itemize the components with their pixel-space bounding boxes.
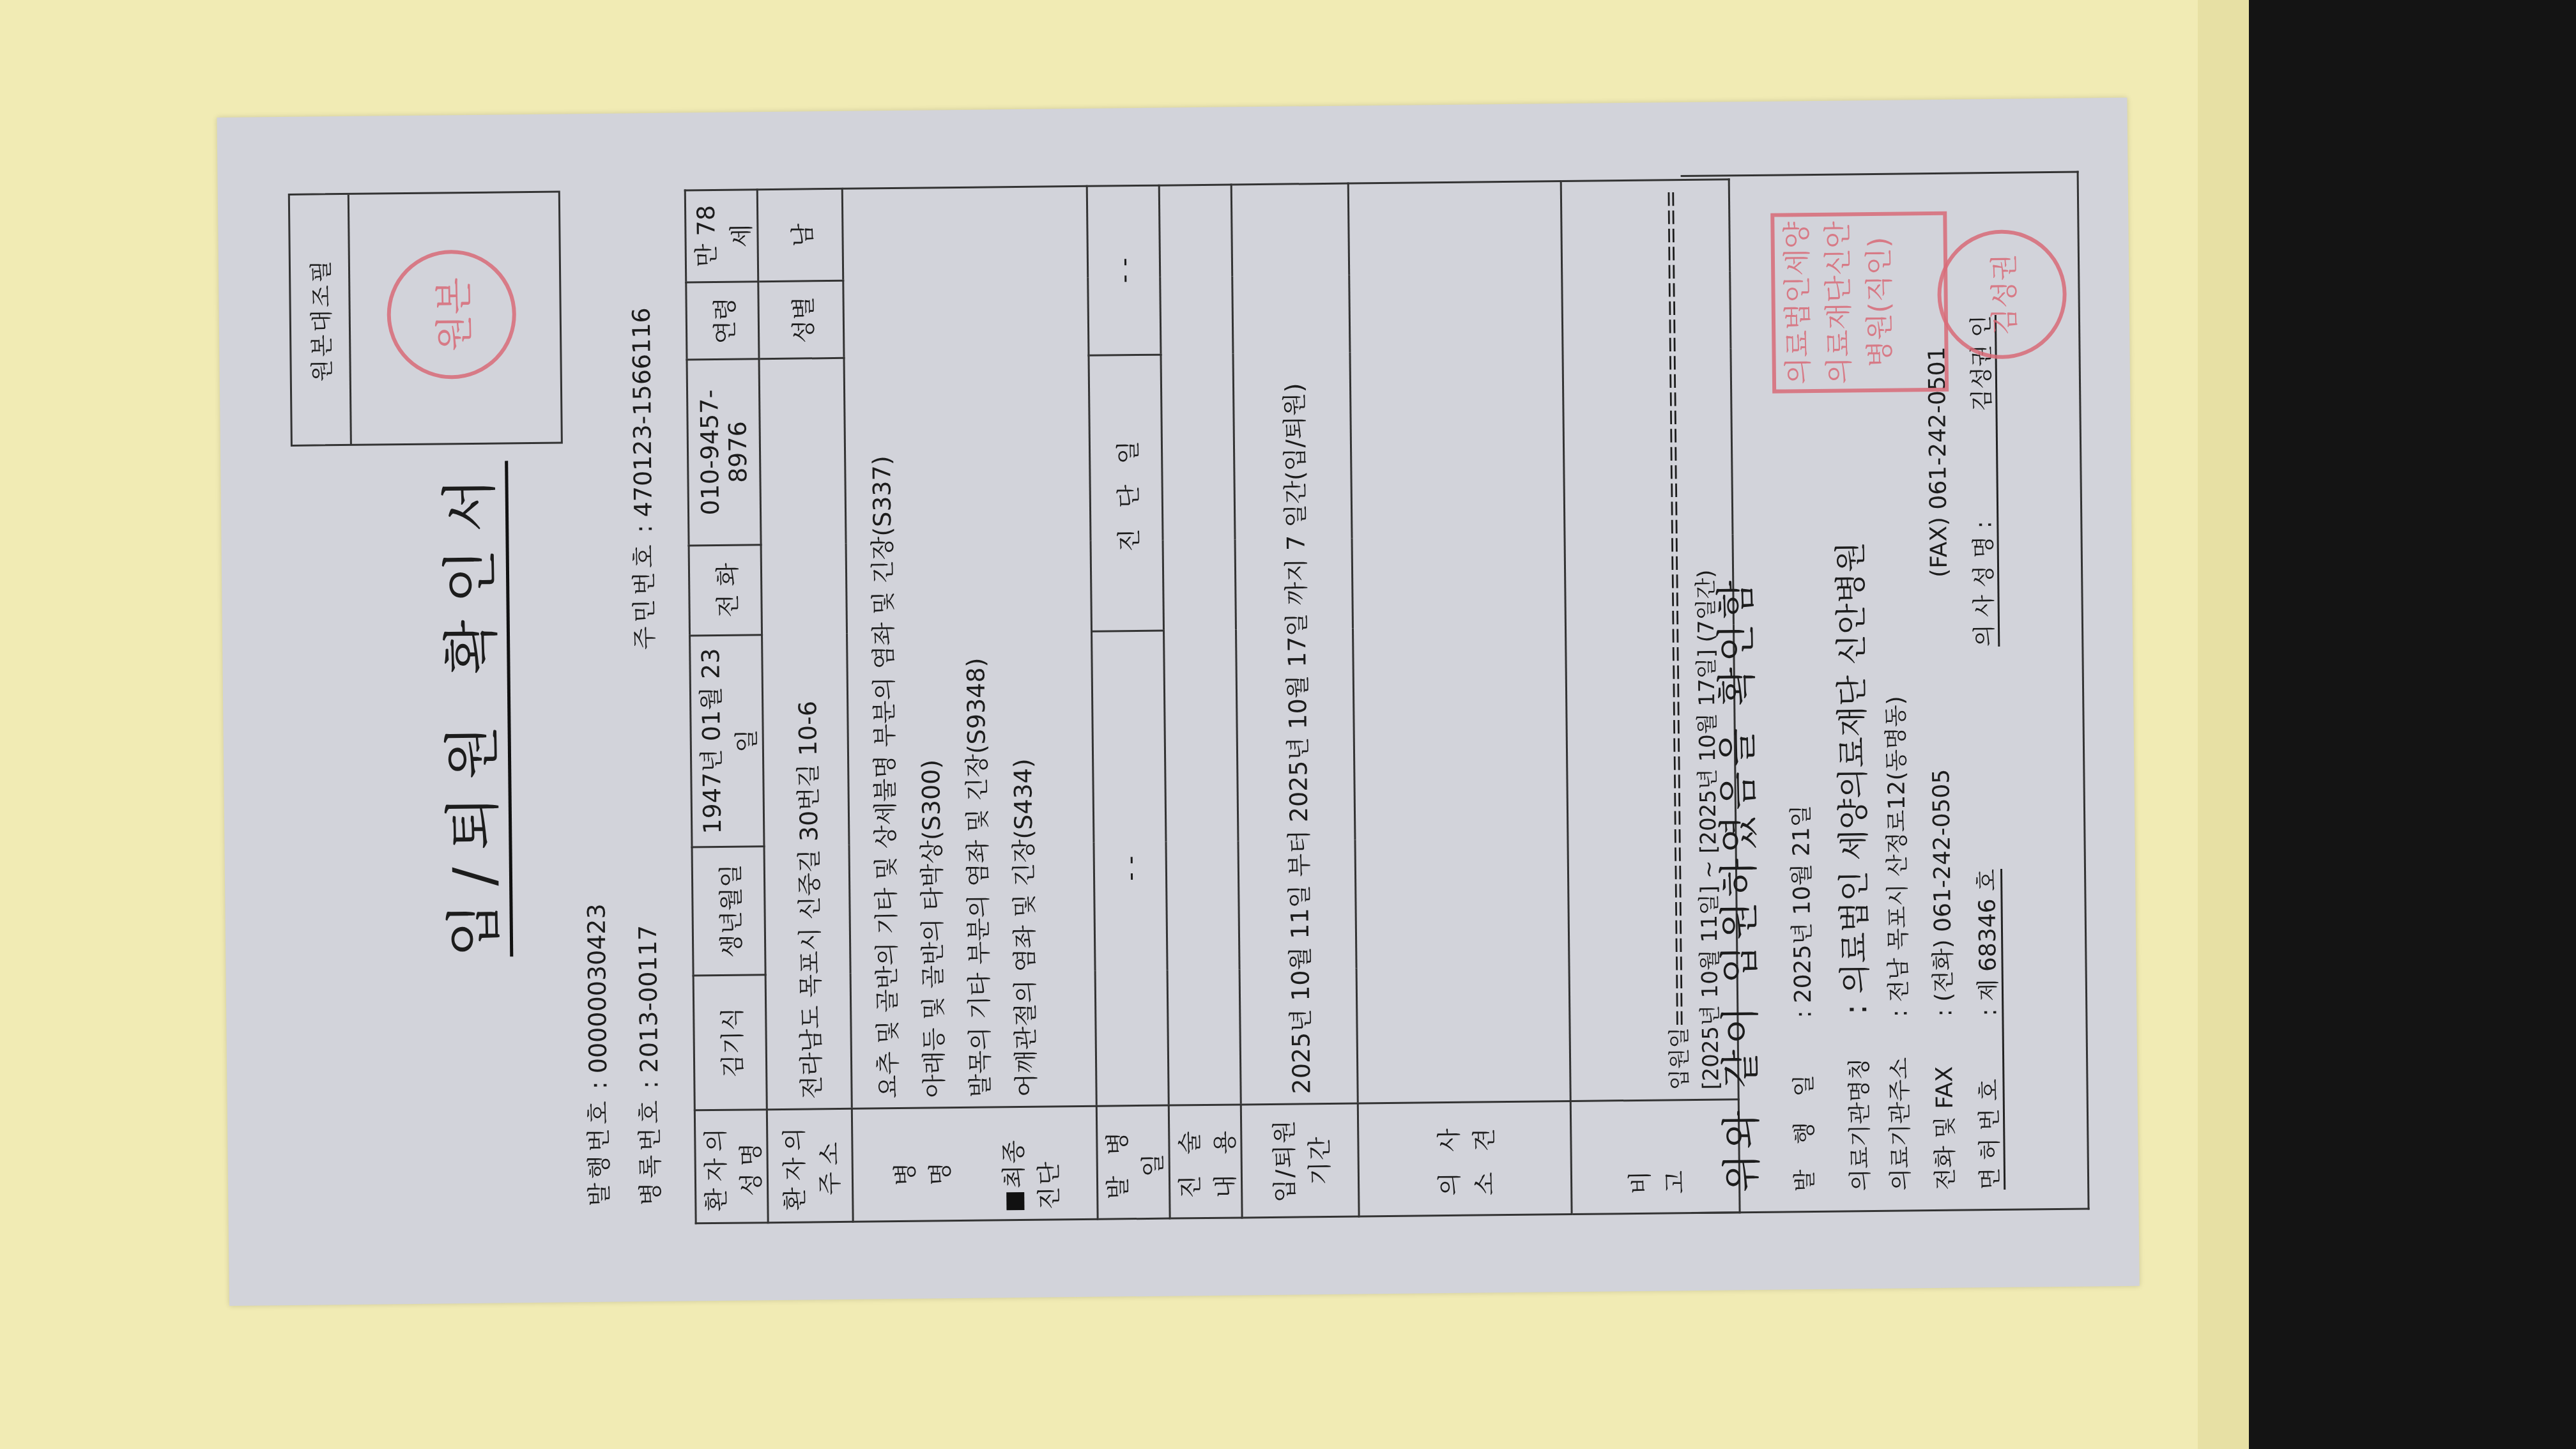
diag-date-label: 진 단 일 [1089,355,1164,631]
confirmation-section: 위와 같이 입원하였음을 확인함 발 행 일 : 2025년 10월 21일 의… [1681,171,2090,1214]
opinion-value [1348,181,1570,1103]
treatment-value [1159,185,1241,1105]
patient-sex: 남 [757,188,843,281]
doctor-seal-stamp: 김성권 [1937,229,2067,360]
name-label: 환자의 성명 [694,1110,768,1223]
issue-number: 발행번호 : 00000030423 [576,903,615,1206]
address-label: 환자의 주소 [767,1108,853,1222]
diagnosis-list: 요추 및 골반의 기타 및 상세불명 부분의 염좌 및 긴장(S337) 아래등… [842,186,1096,1108]
confirmation-text: 위와 같이 입원하였음을 확인함 [1704,575,1767,1193]
diagnosis-item: 어깨관절의 염좌 및 긴장(S434) [994,197,1050,1098]
phone-label: 전 화 [689,545,762,636]
folder-edge [2198,0,2249,1449]
sex-label: 성별 [758,280,844,358]
onset-value: - - [1092,631,1169,1106]
onset-label: 발 병 일 [1096,1105,1170,1219]
patient-birth: 1947년 01월 23일 [690,635,764,847]
license-number: 면 허 번 호 : 제 68346 호 [1969,869,2005,1190]
issue-date: 발 행 일 : 2025년 10월 21일 [1783,804,1820,1192]
resident-number: 주민번호 : 470123-1566116 [622,307,661,650]
patient-info-table: 환자의 성명 김기식 생년월일 1947년 01월 23일 전 화 010-94… [684,178,1741,1224]
original-seal-label: 원본대조필 [290,195,352,445]
contact-info: 전화 및 FAX : (전화) 061-242-0505(FAX) 061-24… [1919,346,1960,1190]
period-label: 입/퇴원기간 [1241,1103,1359,1218]
doctor-name: 의 사 성 명 : 김성권 인 [1963,315,1999,647]
record-number: 병록번호 : 2013-00117 [628,925,666,1206]
period-value: 2025년 10월 11일 부터 2025년 10월 17일 까지 7 일간(입… [1231,183,1358,1105]
dark-background [2249,0,2576,1449]
birth-label: 생년월일 [692,847,765,976]
diag-date-value: - - [1087,185,1161,355]
patient-age: 만 78 세 [685,190,758,282]
age-label: 연령 [686,282,759,360]
document-title: 입/퇴원 확인서 [422,191,514,1227]
treatment-label: 진 술 내 용 [1169,1105,1242,1218]
institution-address: 의료기관주소 : 전남 목포시 산정로12(동명동) [1878,696,1915,1191]
patient-name: 김기식 [693,975,767,1110]
institution-seal-stamp: 의료법인세양의료재단신안병원(직인) [1770,211,1949,394]
patient-address: 전라남도 목포시 신중길 30번길 10-6 [759,358,852,1109]
diagnosis-label-cell: 병 명 최종 진단 [852,1106,1098,1222]
patient-phone: 010-9457-8976 [687,359,761,546]
institution-name: 의료기관명칭 : 의료법인 세양의료재단 신안병원 [1825,541,1878,1191]
discharge-certificate-paper: 원본대조필 원본 입/퇴원 확인서 발행번호 : 00000030423 병록번… [217,98,2140,1306]
opinion-label: 의 사 소 견 [1358,1101,1572,1216]
